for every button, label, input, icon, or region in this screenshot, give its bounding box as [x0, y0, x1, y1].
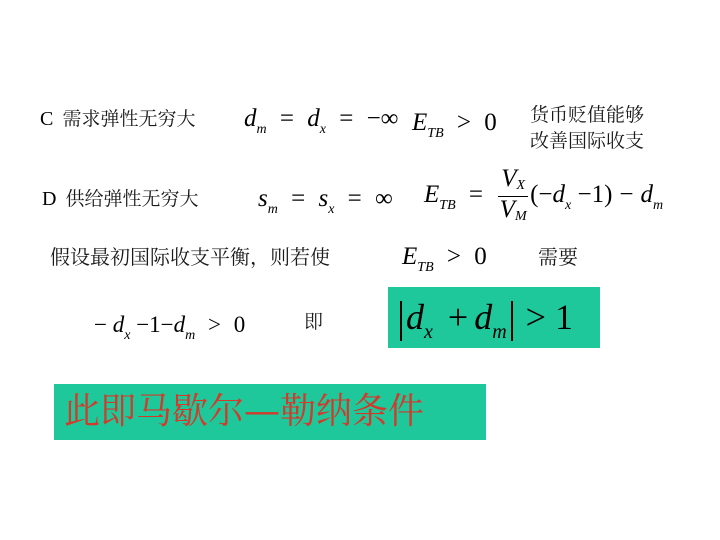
var-s: s — [258, 185, 268, 212]
var-d: d — [244, 105, 257, 132]
var-V: V — [500, 196, 515, 223]
greater-than: > — [457, 109, 471, 136]
conclusion-box: 此即马歇尔—勒纳条件 — [54, 384, 486, 440]
boxed-condition: dx +dm > 1 — [388, 287, 600, 348]
sub-x: x — [328, 202, 334, 217]
marshall-lerner-condition: 此即马歇尔—勒纳条件 — [64, 390, 424, 434]
var-E: E — [402, 243, 417, 270]
minus: − — [94, 312, 107, 337]
minus: − — [619, 181, 633, 208]
var-V: V — [501, 165, 516, 192]
row-c-text: 需求弹性无穷大 — [62, 108, 195, 130]
abs-bar-left — [400, 301, 402, 341]
minus-one: −1) — [577, 181, 612, 208]
assumption-text: 假设最初国际收支平衡，则若使 — [50, 246, 330, 268]
greater-than: > — [526, 297, 546, 337]
zero: 0 — [484, 109, 497, 136]
var-d: d — [307, 105, 320, 132]
equals: = — [469, 181, 483, 208]
note-line-2: 改善国际收支 — [530, 128, 644, 154]
sub-x: x — [424, 321, 433, 343]
zero: 0 — [474, 243, 487, 270]
var-d: d — [553, 181, 566, 208]
one: 1 — [555, 297, 573, 337]
numerator: VX — [498, 166, 528, 197]
row-d-letter: D — [42, 188, 56, 210]
sub-x: x — [565, 198, 571, 213]
abs-bar-right — [511, 301, 513, 341]
abs-sum-inequality: dx +dm > 1 — [396, 295, 573, 345]
var-d: d — [113, 312, 125, 337]
infinity: ∞ — [375, 185, 393, 212]
condition-inequality: − dx −1−dm > 0 — [94, 310, 245, 344]
sub-M: M — [515, 209, 527, 224]
sub-m: m — [653, 198, 663, 213]
sub-m: m — [257, 122, 267, 137]
var-d: d — [474, 297, 492, 337]
row-c-letter: C — [40, 108, 53, 130]
neg-infinity: −∞ — [367, 105, 399, 132]
vx-over-vm-fraction: VX VM — [498, 166, 528, 227]
var-d: d — [406, 297, 424, 337]
etb-positive-c: ETB > 0 — [412, 108, 497, 142]
sub-TB: TB — [417, 260, 433, 275]
sub-m: m — [268, 202, 278, 217]
var-s: s — [318, 185, 328, 212]
etb-formula: ETB = VX VM (−dx −1)−dm — [424, 166, 663, 227]
row-d-text: 供给弹性无穷大 — [66, 188, 199, 210]
row-d-label: D 供给弹性无穷大 — [42, 188, 199, 211]
sub-m: m — [492, 321, 506, 343]
sub-x: x — [124, 328, 130, 343]
var-d: d — [641, 181, 654, 208]
need-text: 需要 — [538, 246, 578, 268]
plus: + — [448, 297, 468, 337]
equals: = — [339, 105, 353, 132]
greater-than: > — [208, 312, 221, 337]
sub-TB: TB — [439, 198, 455, 213]
devaluation-note: 货币贬值能够 改善国际收支 — [530, 102, 644, 154]
supply-elasticity-formula: sm = sx = ∞ — [258, 184, 393, 218]
etb-positive-assumption: ETB > 0 — [402, 242, 487, 276]
equals: = — [291, 185, 305, 212]
var-E: E — [412, 109, 427, 136]
var-d: d — [174, 312, 186, 337]
paren-open: (− — [530, 181, 552, 208]
sub-X: X — [517, 178, 526, 193]
sub-m: m — [185, 328, 195, 343]
equals: = — [348, 185, 362, 212]
var-E: E — [424, 181, 439, 208]
sub-TB: TB — [427, 126, 443, 141]
greater-than: > — [447, 243, 461, 270]
denominator: VM — [498, 197, 528, 227]
note-line-1: 货币贬值能够 — [530, 102, 644, 128]
zero: 0 — [234, 312, 246, 337]
equals: = — [280, 105, 294, 132]
minus-one-minus: −1− — [136, 312, 173, 337]
demand-elasticity-formula: dm = dx = −∞ — [244, 104, 398, 138]
row-c-label: C 需求弹性无穷大 — [40, 108, 195, 131]
sub-x: x — [320, 122, 326, 137]
ji-text: 即 — [304, 311, 323, 333]
